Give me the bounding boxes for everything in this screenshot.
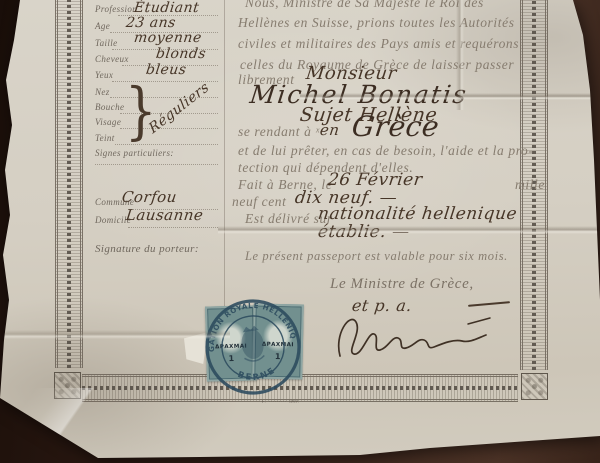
field-label-bouche: Bouche [95,102,124,112]
round-stamp-bottom-text: BERNE [235,365,279,386]
body-line-1: Nous, Ministre de Sa Majesté le Roi des [245,0,484,11]
validity-line: Le présent passeport est valable pour si… [245,249,508,264]
domicile-value: Lausanne [125,206,205,224]
field-label-teint: Teint [95,133,115,143]
field-label-signature: Signature du porteur: [95,243,199,255]
body-line-2: Hellènes en Suisse, prions toutes les Au… [238,15,515,31]
bottom-right-corner-ornament [521,373,548,400]
field-label-taille: Taille [95,38,118,48]
column-divider-rule [224,0,225,335]
handwritten-brace: } [125,74,157,147]
svg-text:BERNE: BERNE [235,365,279,386]
date-mille: mille [515,177,545,193]
minister-line: Le Ministre de Grèce, [330,276,474,293]
destination-grece: Grèce [350,110,441,143]
age-value: 23 ans [125,15,177,31]
field-label-visage: Visage [95,117,121,127]
taille-value: moyenne [133,30,203,46]
field-label-signes: Signes particuliers: [95,148,174,158]
legation-round-stamp: LÉGATION ROYALE HELLÉNIQUE BERNE [197,291,310,404]
left-border-ornament [55,0,83,368]
body-line-3: civiles et militaires des Pays amis et r… [238,36,519,52]
field-label-nez: Nez [95,87,110,97]
date-day-month: 26 Février [327,170,424,190]
field-label-yeux: Yeux [95,70,113,80]
date-neuf-cent: neuf cent [232,194,287,210]
photo-of-passport: Profession Age Taille Cheveux Yeux Nez B… [0,0,600,463]
commune-value: Corfou [121,188,178,206]
body-line-8: se rendant à ˣ [238,124,320,140]
destination-en: en [319,121,341,139]
body-line-9: et de lui prêter, en cas de besoin, l'ai… [238,143,534,159]
cheveux-value: blonds [155,46,207,62]
field-label-profession: Profession [95,4,137,14]
passport-document: Profession Age Taille Cheveux Yeux Nez B… [0,0,600,463]
paper-shadow: Profession Age Taille Cheveux Yeux Nez B… [0,0,600,463]
field-rule [95,163,218,165]
nationality-value: nationalité hellenique [317,204,519,224]
nationality-etablie: établie. — [317,222,411,242]
profession-value: Étudiant [133,0,200,16]
field-label-age: Age [95,21,110,31]
field-rule [128,226,218,228]
minister-signature [330,308,500,368]
printer-imprint: F. ········· IMP. [262,400,300,405]
field-label-cheveux: Cheveux [95,54,129,64]
bottom-left-corner-ornament [54,372,81,399]
pen-dash [468,301,510,307]
